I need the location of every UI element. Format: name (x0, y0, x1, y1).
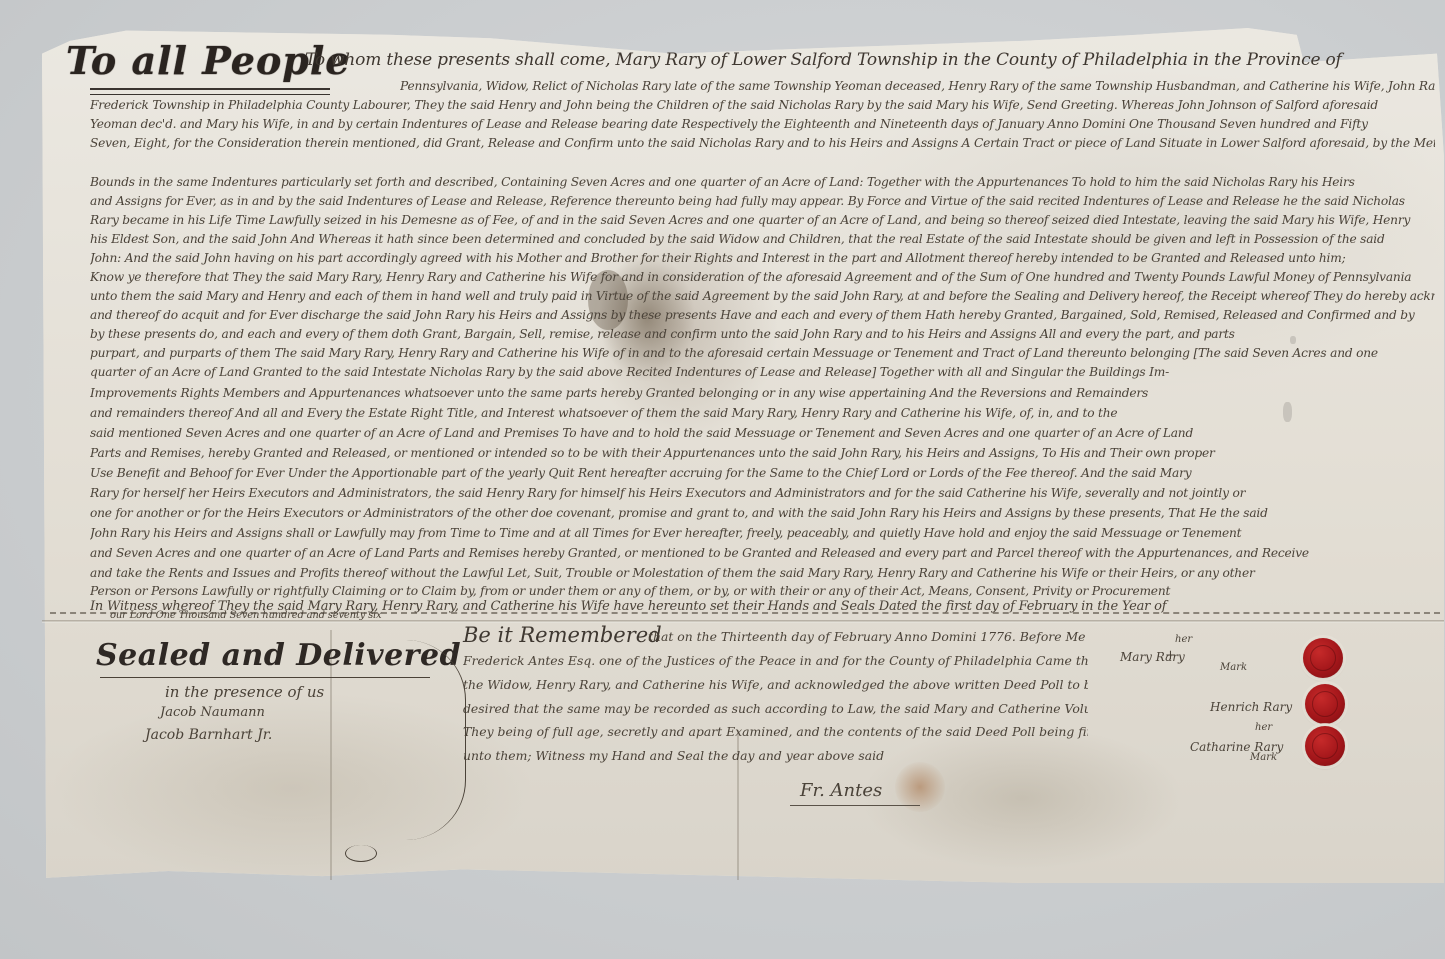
body-line: and Seven Acres and one quarter of an Ac… (90, 546, 1435, 560)
acknowledgement-line: They being of full age, secretly and apa… (463, 724, 1088, 739)
body-line: Parts and Remises, hereby Granted and Re… (90, 446, 1435, 460)
acknowledgement-line: Frederick Antes Esq. one of the Justices… (463, 653, 1088, 668)
body-line: his Eldest Son, and the said John And Wh… (90, 232, 1435, 246)
body-line: Frederick Township in Philadelphia Count… (90, 98, 1435, 112)
body-line: Pennsylvania, Widow, Relict of Nicholas … (400, 79, 1435, 93)
acknowledgement-line: desired that the same may be recorded as… (463, 701, 1088, 716)
body-line: Seven, Eight, for the Consideration ther… (90, 136, 1435, 150)
body-line: Know ye therefore that They the said Mar… (90, 270, 1435, 284)
mark-label-her: her (1175, 634, 1192, 645)
body-line: John: And the said John having on his pa… (90, 251, 1435, 265)
witness-signature: Jacob Barnhart Jr. (145, 727, 272, 743)
signer-name: Mary Rary (1120, 650, 1185, 664)
body-line: Person or Persons Lawfully or rightfully… (90, 584, 1435, 598)
acknowledgement-line: that on the Thirteenth day of February A… (648, 629, 1088, 644)
body-line: To whom these presents shall come, Mary … (305, 50, 1435, 70)
body-line: by these presents do, and each and every… (90, 327, 1435, 341)
heading-underline (90, 88, 330, 95)
body-line: Yeoman dec'd. and Mary his Wife, in and … (90, 117, 1435, 131)
presence-subheading: in the presence of us (165, 683, 324, 701)
red-wax-seal (1305, 684, 1345, 724)
red-wax-seal (1303, 638, 1343, 678)
body-line: Improvements Rights Members and Appurten… (90, 386, 1435, 400)
body-line: unto them the said Mary and Henry and ea… (90, 289, 1435, 303)
mark-label-mark: Mark (1250, 752, 1277, 763)
body-line: purpart, and purparts of them The said M… (90, 346, 1435, 360)
mark-label-mark: Mark (1220, 662, 1247, 673)
body-line: quarter of an Acre of Land Granted to th… (90, 365, 1435, 379)
body-line: Bounds in the same Indentures particular… (90, 175, 1435, 189)
body-line: our Lord One Thousand Seven hundred and … (110, 610, 510, 621)
body-line: Rary became in his Life Time Lawfully se… (90, 213, 1435, 227)
pen-flourish (345, 845, 377, 862)
sealed-underline (100, 677, 430, 678)
be-it-remembered-heading: Be it Remembered (463, 623, 662, 647)
body-line: and Assigns for Ever, as in and by the s… (90, 194, 1435, 208)
body-line: John Rary his Heirs and Assigns shall or… (90, 526, 1435, 540)
red-wax-seal (1305, 726, 1345, 766)
witness-signature: Jacob Naumann (160, 705, 265, 720)
body-line: Use Benefit and Behoof for Ever Under th… (90, 466, 1435, 480)
body-line: and remainders thereof And all and Every… (90, 406, 1435, 420)
body-line: and thereof do acquit and for Ever disch… (90, 308, 1435, 322)
pen-flourish (395, 640, 466, 840)
signature-underline (790, 805, 920, 806)
body-line: Rary for herself her Heirs Executors and… (90, 486, 1435, 500)
body-line: and take the Rents and Issues and Profit… (90, 566, 1435, 580)
acknowledgement-line: the Widow, Henry Rary, and Catherine his… (463, 677, 1088, 692)
acknowledgement-line: unto them; Witness my Hand and Seal the … (463, 748, 963, 763)
signer-name: Henrich Rary (1210, 700, 1292, 714)
mark-label-her: her (1255, 722, 1272, 733)
justice-signature: Fr. Antes (800, 780, 882, 801)
body-line: said mentioned Seven Acres and one quart… (90, 426, 1435, 440)
body-line: one for another or for the Heirs Executo… (90, 506, 1435, 520)
